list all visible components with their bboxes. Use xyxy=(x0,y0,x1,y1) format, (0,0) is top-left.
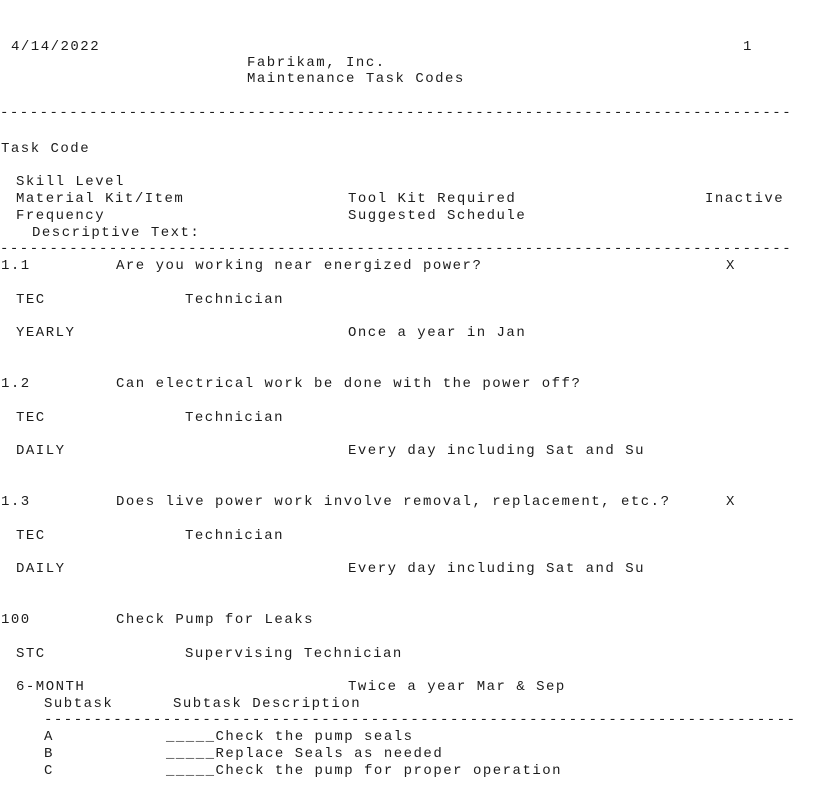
task-code: 1.3 xyxy=(1,494,31,511)
col-header-suggested-schedule: Suggested Schedule xyxy=(348,208,526,225)
skill-level-name: Technician xyxy=(185,292,284,309)
report-date: 4/14/2022 xyxy=(11,39,100,56)
col-header-skill-level: Skill Level xyxy=(16,174,125,191)
suggested-schedule: Once a year in Jan xyxy=(348,325,526,342)
frequency-code: DAILY xyxy=(16,561,66,578)
suggested-schedule: Every day including Sat and Su xyxy=(348,443,645,460)
task-inactive-flag: X xyxy=(726,258,736,275)
frequency-code: 6-MONTH xyxy=(16,679,85,696)
task-code: 100 xyxy=(1,612,31,629)
task-description: Are you working near energized power? xyxy=(116,258,482,275)
col-header-descriptive-text: Descriptive Text: xyxy=(32,225,200,242)
task-description: Does live power work involve removal, re… xyxy=(116,494,670,511)
skill-level-code: TEC xyxy=(16,528,46,545)
skill-level-code: TEC xyxy=(16,292,46,309)
subtask-code: C xyxy=(44,763,54,780)
task-inactive-flag: X xyxy=(726,494,736,511)
col-header-task-code: Task Code xyxy=(1,141,90,158)
task-description: Check Pump for Leaks xyxy=(116,612,314,629)
subtask-code: A xyxy=(44,729,54,746)
report-page: 4/14/20221Fabrikam, Inc.Maintenance Task… xyxy=(0,0,825,793)
col-header-frequency: Frequency xyxy=(16,208,105,225)
company-name: Fabrikam, Inc. xyxy=(247,55,386,72)
page-number: 1 xyxy=(743,39,753,56)
subtask-code: B xyxy=(44,746,54,763)
horizontal-rule: ----------------------------------------… xyxy=(0,105,792,122)
skill-level-name: Supervising Technician xyxy=(185,646,403,663)
subtask-description: _____Check the pump for proper operation xyxy=(166,763,562,780)
col-header-inactive: Inactive xyxy=(705,191,784,208)
skill-level-code: TEC xyxy=(16,410,46,427)
subtask-description-col-header: Subtask Description xyxy=(173,696,361,713)
subtask-description: _____Replace Seals as needed xyxy=(166,746,443,763)
horizontal-rule: ----------------------------------------… xyxy=(0,241,792,258)
subtask-horizontal-rule: ----------------------------------------… xyxy=(44,712,797,729)
report-title: Maintenance Task Codes xyxy=(247,71,465,88)
suggested-schedule: Every day including Sat and Su xyxy=(348,561,645,578)
skill-level-name: Technician xyxy=(185,528,284,545)
subtask-description: _____Check the pump seals xyxy=(166,729,414,746)
frequency-code: YEARLY xyxy=(16,325,75,342)
col-header-material-kit-item: Material Kit/Item xyxy=(16,191,184,208)
task-description: Can electrical work be done with the pow… xyxy=(116,376,581,393)
skill-level-name: Technician xyxy=(185,410,284,427)
suggested-schedule: Twice a year Mar & Sep xyxy=(348,679,566,696)
subtask-col-header: Subtask xyxy=(44,696,113,713)
task-code: 1.2 xyxy=(1,376,31,393)
frequency-code: DAILY xyxy=(16,443,66,460)
task-code: 1.1 xyxy=(1,258,31,275)
col-header-tool-kit-required: Tool Kit Required xyxy=(348,191,516,208)
skill-level-code: STC xyxy=(16,646,46,663)
